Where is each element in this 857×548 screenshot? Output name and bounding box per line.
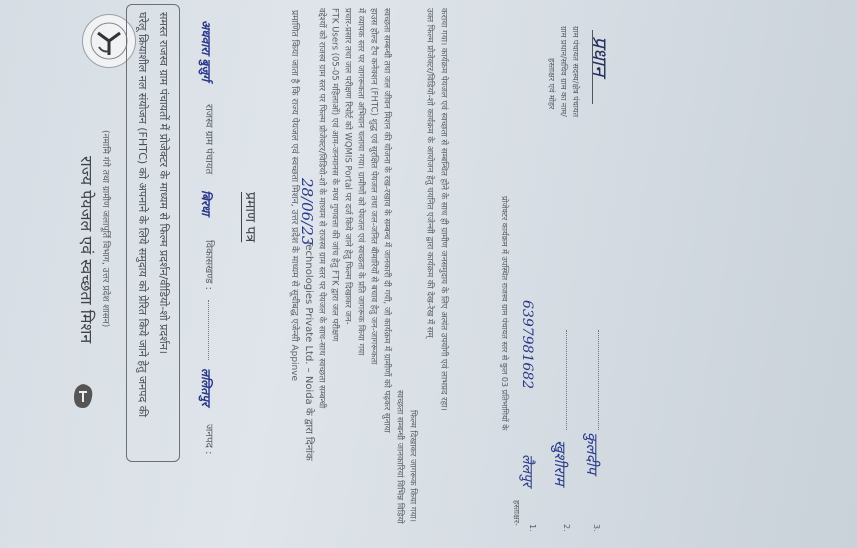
body-line-6: में व्यापक स्तर पर जागरूकता अभियान चलाया… — [356, 8, 365, 355]
attendees-intro: प्रोजेक्टर कार्यक्रम में उपस्थित राजस्व … — [500, 196, 508, 430]
body-line-2: Technologies Private Ltd. – Noida के द्व… — [303, 240, 313, 461]
signatory-line-2: ग्राम प्रधान/सचिव ग्राम का नाम/ — [559, 26, 567, 117]
district-dotted-line — [208, 300, 209, 360]
body-line-11: उक्त फिल्म प्रोजेक्टर/विडियो-शो कार्यक्र… — [425, 8, 434, 338]
body-line-5: प्रचार-प्रसार तथा जल परीक्षण रिपोर्ट को … — [343, 8, 352, 325]
district-label: जनपद : — [203, 424, 213, 455]
body-line-8: स्वच्छता सम्बन्धी तथा जल जीवन मिशन की यो… — [382, 8, 391, 433]
panchayat-label: राजस्व ग्राम पंचायत — [203, 104, 213, 174]
notice-line-2: समस्त राजस्व ग्राम पंचायतों में प्रोजेक्… — [158, 12, 169, 354]
attendee-2-dotted-line — [566, 330, 567, 430]
attendee-1-num: 1. — [528, 524, 536, 532]
body-line-7: हाउस होल्ड टैप कनेक्शन (FHTC) शुद्ध एवं … — [369, 8, 378, 364]
header-title: राज्य पेयजल एवं स्वच्छता मिशन — [78, 156, 94, 343]
body-line-4: FTK Users (05-05 महिलाओं) एवं आम-जनमानस … — [330, 8, 339, 341]
document-page: राज्य पेयजल एवं स्वच्छता मिशन (नमामि गंग… — [0, 0, 857, 548]
attendee-2-num: 2. — [562, 524, 570, 532]
body-line-10: फिल्म दिखाकर जागरूक किया गया। — [408, 410, 417, 522]
signatory-line-3: ग्राम पंचायत सदस्य/क्षेत्र पंचायत — [571, 26, 579, 117]
block-value: बिरधा — [200, 190, 212, 215]
signatory-line-1: हस्ताक्षर एवं मोहर — [547, 58, 555, 109]
body-line-3: वद्देश्यों को राजस्व ग्राम स्तर पर फिल्म… — [317, 8, 326, 408]
attendee-1-name: लैलपुर — [520, 454, 534, 487]
signature-stroke — [592, 30, 593, 104]
panchayat-value: अधवारा बुज़ुर्ग — [200, 20, 212, 81]
notice-line-1: घरेलू क्रियाशील नल संयोजन (FHTC) को अपना… — [137, 12, 148, 417]
district-value: ललितपुर — [200, 368, 212, 406]
body-line-1: प्रमाणित किया जाता है कि राज्य पेयजल एवं… — [289, 10, 298, 381]
header-subtitle: (नमामि गंगे तथा ग्रामीण जलापूर्ति विभाग,… — [100, 130, 109, 327]
attendee-1-phone: 6397981682 — [520, 300, 534, 389]
attendee-2-name: खुशीराम — [552, 440, 567, 485]
har-ghar-jal-logo-icon — [70, 382, 96, 412]
attendee-3-num: 3. — [592, 524, 600, 532]
block-label: विकासखण्ड : — [203, 240, 213, 290]
certificate-heading: प्रमाण पत्र — [243, 192, 257, 242]
pradhan-signature: प्रधान — [590, 36, 610, 76]
notice-box — [126, 4, 180, 462]
date-value: 28/06/23 — [299, 178, 314, 245]
body-line-12: कराया गया। कार्यक्रम पेयजल एवं स्वच्छता … — [439, 8, 448, 411]
attendee-3-name: कुलदीप — [584, 432, 599, 474]
body-line-9: स्वच्छता सम्बन्धी जानकारियां विभिन्न विड… — [395, 390, 404, 524]
attendees-sign-label: हस्ताक्षर- — [512, 500, 520, 526]
attendee-3-dotted-line — [598, 330, 599, 430]
